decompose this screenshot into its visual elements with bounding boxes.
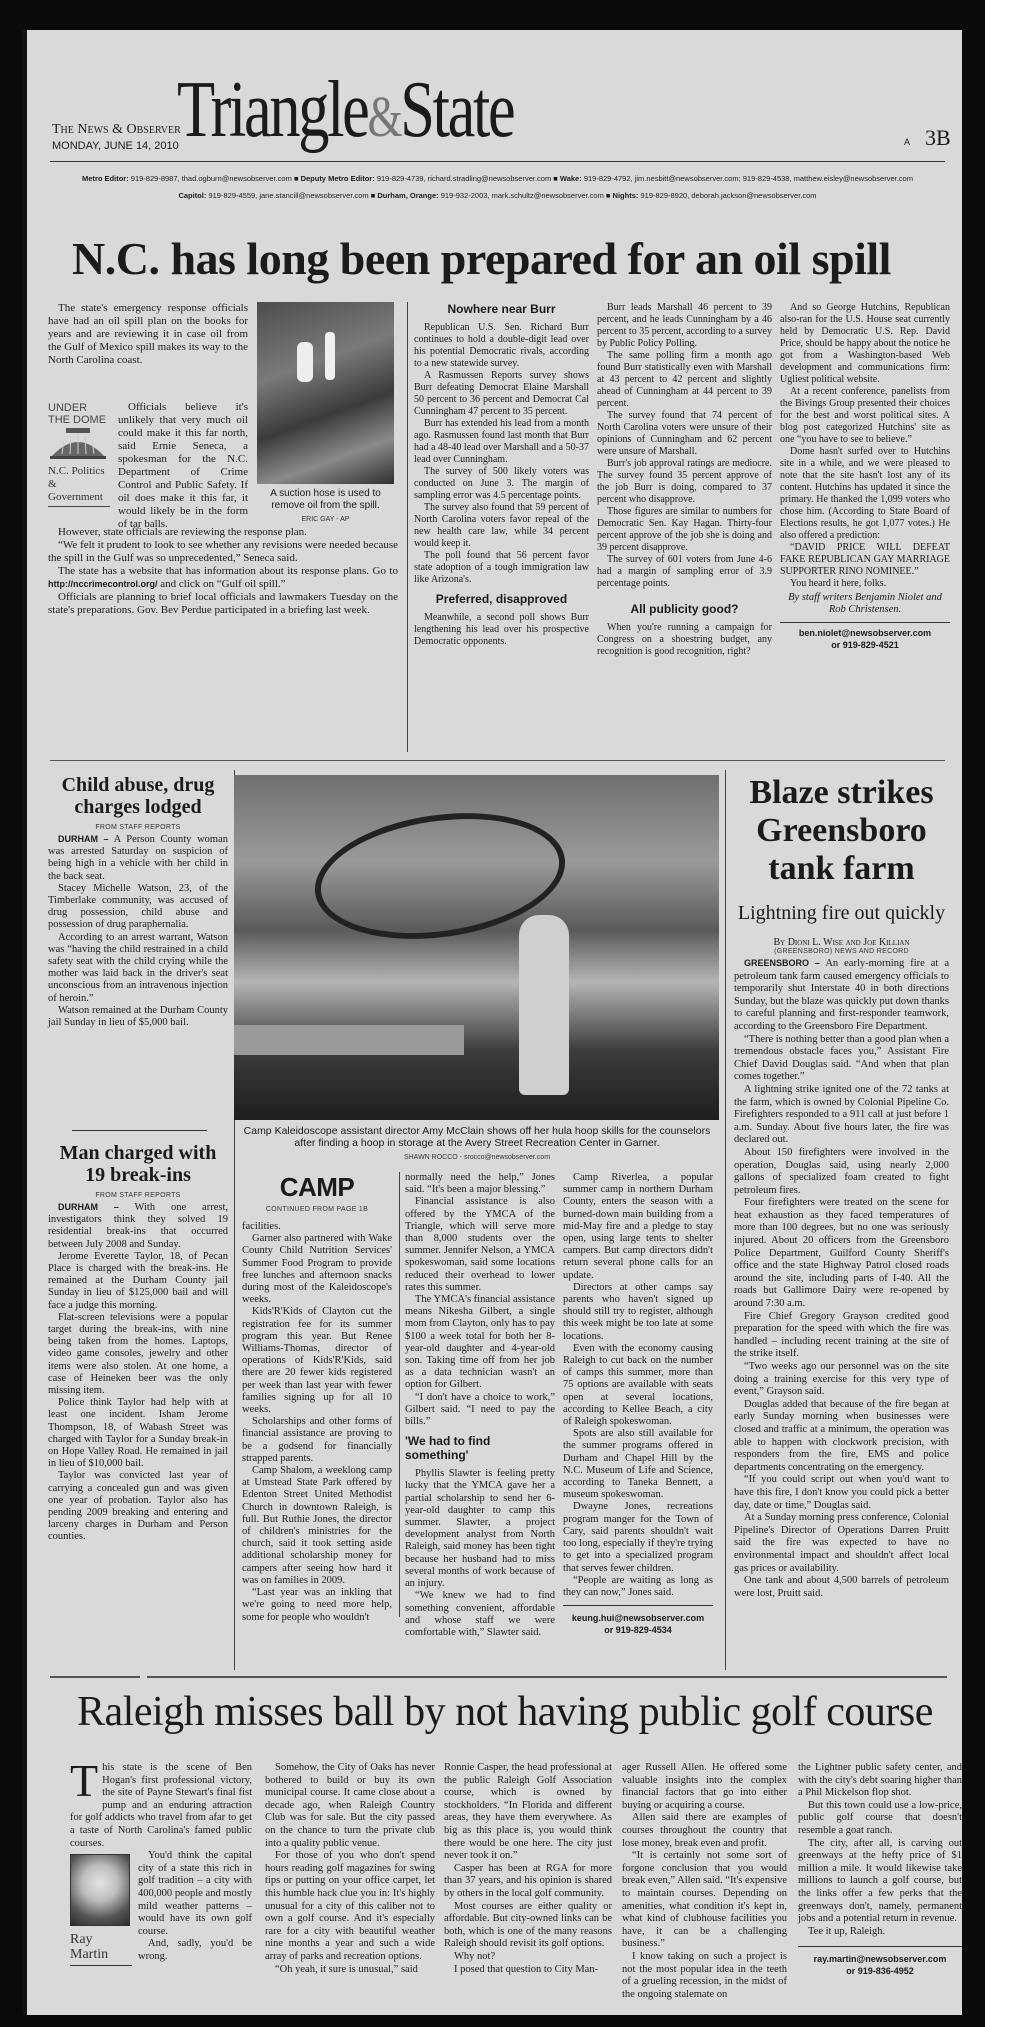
camp-phone: or 919-829-4534 bbox=[563, 1624, 713, 1636]
camp-photo-caption: Camp Kaleidoscope assistant director Amy… bbox=[242, 1125, 712, 1149]
dome-col-1: Nowhere near Burr Republican U.S. Sen. R… bbox=[414, 302, 589, 648]
blaze-byline-org: (GREENSBORO) NEWS AND RECORD bbox=[734, 948, 949, 955]
paragraph: Burr's job approval ratings are mediocre… bbox=[597, 458, 772, 506]
camp-hula-hoop-photo bbox=[234, 775, 719, 1120]
paragraph: Scholarships and other forms of financia… bbox=[242, 1416, 392, 1465]
contact-value: 919-829-8987, thad.ogburn@newsobserver.c… bbox=[131, 174, 292, 183]
paragraph: Flat-screen televisions were a popular t… bbox=[48, 1312, 228, 1397]
contact-label: Deputy Metro Editor: bbox=[301, 174, 375, 183]
jump-kicker: CONTINUED FROM PAGE 1B bbox=[242, 1206, 392, 1213]
logo-line: N.C. Politics bbox=[48, 465, 110, 478]
paragraph: Dome hasn't surfed over to Hutchins site… bbox=[780, 446, 950, 542]
logo-line: UNDER bbox=[48, 402, 110, 414]
paper-name: The News & Observer bbox=[52, 122, 181, 138]
contact-value: 919-829-8920, deborah.jackson@newsobserv… bbox=[640, 191, 816, 200]
paragraph: An early-morning fire at a petroleum tan… bbox=[734, 958, 949, 1032]
paragraph: The same polling firm a month ago found … bbox=[597, 350, 772, 410]
paragraph: Even with the economy causing Raleigh to… bbox=[563, 1343, 713, 1428]
paragraph: “DAVID PRICE WILL DEFEAT FAKE REPUBLICAN… bbox=[780, 542, 950, 578]
paragraph: Four firefighters were treated on the sc… bbox=[734, 1197, 949, 1310]
logo-line: THE DOME bbox=[48, 414, 110, 426]
paragraph: “Oh yeah, it sure is unusual,” said bbox=[265, 1964, 435, 1977]
paragraph: Officials are planning to brief local of… bbox=[48, 591, 398, 617]
blaze-byline: By Dioni L. Wise and Joe Killian bbox=[734, 937, 949, 948]
contact-value: 919-829-4559, jane.stancill@newsobserver… bbox=[208, 191, 368, 200]
paragraph: “There is nothing better than a good pla… bbox=[734, 1034, 949, 1084]
paragraph: “I don't have a choice to work,” Gilbert… bbox=[405, 1392, 555, 1429]
oil-spill-photo bbox=[257, 302, 394, 484]
paragraph: I posed that question to City Man- bbox=[444, 1964, 612, 1977]
section-title-left: Triangle bbox=[177, 66, 367, 154]
golf-col-1: This state is the scene of Ben Hogan's f… bbox=[70, 1762, 252, 1966]
paragraph: Meanwhile, a second poll shows Burr leng… bbox=[414, 612, 589, 648]
contacts-line-1: Metro Editor: 919-829-8987, thad.ogburn@… bbox=[50, 174, 945, 183]
paragraph: normally need the help,” Jones said. “It… bbox=[405, 1172, 555, 1196]
paragraph: facilities. bbox=[242, 1221, 392, 1233]
camp-col-3: Camp Riverlea, a popular summer camp in … bbox=[563, 1172, 713, 1636]
camp-col-1: CAMP CONTINUED FROM PAGE 1B facilities. … bbox=[242, 1172, 392, 1624]
issue-date: MONDAY, JUNE 14, 2010 bbox=[52, 140, 179, 152]
text: and click on “Gulf oil spill.” bbox=[158, 578, 286, 590]
camp-jump-head: CAMP bbox=[242, 1172, 392, 1203]
blaze-story: Blaze strikes Greensboro tank farm Light… bbox=[734, 774, 949, 1600]
kicker: FROM STAFF REPORTS bbox=[48, 1192, 228, 1199]
paragraph: The survey of 601 voters from June 4-6 h… bbox=[597, 554, 772, 590]
paragraph: Police think Taylor had help with at lea… bbox=[48, 1397, 228, 1470]
dome-col-2: Burr leads Marshall 46 percent to 39 per… bbox=[597, 302, 772, 658]
oil-photo-caption: A suction hose is used to remove oil fro… bbox=[257, 488, 394, 512]
paragraph: Taylor was convicted last year of carryi… bbox=[48, 1470, 228, 1543]
paragraph: Why not? bbox=[444, 1951, 612, 1964]
text: The state has a website that has informa… bbox=[58, 565, 398, 577]
paragraph: Most courses are either quality or affor… bbox=[444, 1901, 612, 1951]
contact-label: Metro Editor: bbox=[82, 174, 129, 183]
column-divider bbox=[725, 770, 726, 1670]
paragraph: Phyllis Slawter is feeling pretty lucky … bbox=[405, 1468, 555, 1590]
paragraph: Officials believe it's unlikely that ver… bbox=[118, 401, 248, 531]
section-title: Triangle&State bbox=[177, 70, 513, 150]
paragraph: Dwayne Jones, recreations program manger… bbox=[563, 1501, 713, 1574]
paragraph: Spots are also still available for the s… bbox=[563, 1428, 713, 1501]
paragraph: Financial assistance is also offered by … bbox=[405, 1196, 555, 1294]
blaze-deck: Lightning fire out quickly bbox=[734, 902, 949, 925]
paragraph: Ronnie Casper, the head professional at … bbox=[444, 1762, 612, 1863]
paragraph: “Last year was an inkling that we're goi… bbox=[242, 1587, 392, 1624]
paragraph: The survey of 500 likely voters was cond… bbox=[414, 466, 589, 502]
columnist-last-name: Martin bbox=[70, 1947, 132, 1966]
paragraph: Jerome Everette Taylor, 18, of Pecan Pla… bbox=[48, 1251, 228, 1312]
subhead: Nowhere near Burr bbox=[414, 302, 589, 316]
camp-email-link[interactable]: keung.hui@newsobserver.com bbox=[563, 1612, 713, 1624]
section-divider bbox=[50, 1676, 140, 1678]
paragraph: One tank and about 4,500 barrels of petr… bbox=[734, 1575, 949, 1600]
camp-photo-credit: SHAWN ROCCO - srocco@newsobserver.com bbox=[242, 1154, 712, 1161]
oil-photo-credit: ERIC GAY - AP bbox=[257, 516, 394, 523]
paragraph: A Rasmussen Reports survey shows Burr de… bbox=[414, 370, 589, 418]
golf-phone: or 919-836-4952 bbox=[798, 1965, 962, 1977]
paragraph: Stacey Michelle Watson, 23, of the Timbe… bbox=[48, 883, 228, 932]
paragraph: For those of you who don't spend hours r… bbox=[265, 1850, 435, 1963]
golf-col-5: the Lightner public safety center, and w… bbox=[798, 1762, 962, 1977]
paragraph: Camp Shalom, a weeklong camp at Umstead … bbox=[242, 1465, 392, 1587]
subhead: All publicity good? bbox=[597, 602, 772, 616]
under-the-dome-logo: UNDER THE DOME N.C. Politics & Governmen… bbox=[48, 402, 110, 507]
dome-col-3: And so George Hutchins, Republican also-… bbox=[780, 302, 950, 651]
logo-line: & Government bbox=[48, 478, 110, 507]
paragraph: And so George Hutchins, Republican also-… bbox=[780, 302, 950, 386]
subhead: Preferred, disapproved bbox=[414, 592, 589, 606]
dome-byline: By staff writers Benjamin Niolet and Rob… bbox=[780, 592, 950, 616]
child-abuse-story: Child abuse, drug charges lodged FROM ST… bbox=[48, 774, 228, 1029]
page-number: 3B bbox=[925, 125, 951, 151]
paragraph: However, state officials are reviewing t… bbox=[48, 526, 398, 539]
paragraph: “It is certainly not some sort of forgon… bbox=[622, 1850, 787, 1951]
edition-letter: A bbox=[904, 137, 910, 147]
golf-col-3: Ronnie Casper, the head professional at … bbox=[444, 1762, 612, 1976]
paragraph: At a Sunday morning press conference, Co… bbox=[734, 1512, 949, 1575]
paragraph: Burr leads Marshall 46 percent to 39 per… bbox=[597, 302, 772, 350]
golf-email-link[interactable]: ray.martin@newsobserver.com bbox=[798, 1953, 962, 1965]
paragraph: Fire Chief Gregory Grayson credited good… bbox=[734, 1311, 949, 1361]
contact-label: Nights: bbox=[613, 191, 639, 200]
paragraph: The state has a website that has informa… bbox=[48, 565, 398, 591]
paragraph: The YMCA's financial assistance means Ni… bbox=[405, 1294, 555, 1392]
paragraph: Garner also partnered with Wake County C… bbox=[242, 1233, 392, 1306]
paragraph: At a recent conference, panelists from t… bbox=[780, 386, 950, 446]
website-link[interactable]: http://nccrimecontrol.org/ bbox=[48, 579, 158, 589]
contact-value: 919-829-4792, jim.nesbitt@newsobserver.c… bbox=[584, 174, 913, 183]
dateline: DURHAM – bbox=[58, 834, 109, 844]
paragraph: ager Russell Allen. He offered some valu… bbox=[622, 1762, 787, 1812]
paragraph: Those figures are similar to numbers for… bbox=[597, 506, 772, 554]
dome-email-link[interactable]: ben.niolet@newsobserver.com bbox=[780, 627, 950, 639]
paragraph: Douglas added that because of the fire b… bbox=[734, 1399, 949, 1475]
paragraph: The poll found that 56 percent favor sta… bbox=[414, 550, 589, 586]
paragraph: The survey also found that 59 percent of… bbox=[414, 502, 589, 550]
columnist-mugshot: Ray Martin bbox=[70, 1854, 132, 1966]
paragraph: Burr has extended his lead from a month … bbox=[414, 418, 589, 466]
golf-col-4: ager Russell Allen. He offered some valu… bbox=[622, 1762, 787, 2001]
contact-value: 919-829-4739, richard.stradling@newsobse… bbox=[377, 174, 551, 183]
section-divider bbox=[50, 760, 945, 761]
paragraph: About 150 firefighters were involved in … bbox=[734, 1147, 949, 1197]
paragraph: the Lightner public safety center, and w… bbox=[798, 1762, 962, 1800]
paragraph: “Two weeks ago our personnel was on the … bbox=[734, 1361, 949, 1399]
break-ins-story: Man charged with 19 break-ins FROM STAFF… bbox=[48, 1142, 228, 1544]
section-title-amp: & bbox=[367, 84, 400, 149]
columnist-first-name: Ray bbox=[70, 1932, 132, 1947]
break-ins-headline: Man charged with 19 break-ins bbox=[48, 1142, 228, 1186]
paragraph: The city, after all, is carving out gree… bbox=[798, 1838, 962, 1926]
paragraph: Allen said there are examples of courses… bbox=[622, 1812, 787, 1850]
paragraph: Directors at other camps say parents who… bbox=[563, 1282, 713, 1343]
paragraph: I know taking on such a project is not t… bbox=[622, 1951, 787, 2001]
paragraph: “We knew we had to find something conven… bbox=[405, 1590, 555, 1639]
column-divider bbox=[407, 302, 408, 752]
paragraph: Casper has been at RGA for more than 37 … bbox=[444, 1863, 612, 1901]
paragraph: Camp Riverlea, a popular summer camp in … bbox=[563, 1172, 713, 1282]
story-divider bbox=[72, 1130, 207, 1131]
dateline: DURHAM – bbox=[58, 1202, 119, 1212]
section-title-right: State bbox=[400, 66, 513, 154]
paragraph: Somehow, the City of Oaks has never both… bbox=[265, 1762, 435, 1850]
left-border-bar bbox=[22, 30, 27, 2015]
kicker: FROM STAFF REPORTS bbox=[48, 824, 228, 831]
paragraph: Kids'R'Kids of Clayton cut the registrat… bbox=[242, 1306, 392, 1416]
oil-story-para2: Officials believe it's unlikely that ver… bbox=[118, 401, 248, 531]
paragraph: A lightning strike ignited one of the 72… bbox=[734, 1084, 949, 1147]
paragraph: But this town could use a low-price, pub… bbox=[798, 1800, 962, 1838]
dome-phone: or 919-829-4521 bbox=[780, 639, 950, 651]
paragraph: The survey found that 74 percent of Nort… bbox=[597, 410, 772, 458]
blaze-headline: Blaze strikes Greensboro tank farm bbox=[734, 774, 949, 888]
camp-col-2: normally need the help,” Jones said. “It… bbox=[405, 1172, 555, 1639]
paragraph: “If you could script out when you'd want… bbox=[734, 1474, 949, 1512]
oil-story-lead: The state's emergency response officials… bbox=[48, 302, 248, 367]
column-divider bbox=[399, 1172, 400, 1617]
contact-label: Capitol: bbox=[178, 191, 206, 200]
masthead-rule bbox=[50, 161, 945, 162]
oil-story-continued: However, state officials are reviewing t… bbox=[48, 526, 398, 617]
paragraph: Tee it up, Raleigh. bbox=[798, 1926, 962, 1939]
paragraph: “We felt it prudent to look to see wheth… bbox=[48, 539, 398, 565]
paragraph: When you're running a campaign for Congr… bbox=[597, 622, 772, 658]
oil-spill-headline: N.C. has long been prepared for an oil s… bbox=[72, 232, 891, 285]
paragraph: You heard it here, folks. bbox=[780, 578, 950, 590]
paragraph: According to an arrest warrant, Watson w… bbox=[48, 932, 228, 1005]
child-abuse-headline: Child abuse, drug charges lodged bbox=[48, 774, 228, 818]
dateline: GREENSBORO – bbox=[744, 958, 820, 968]
paragraph: The state's emergency response officials… bbox=[48, 302, 248, 367]
drop-cap: T bbox=[70, 1762, 98, 1800]
section-divider bbox=[147, 1676, 947, 1678]
contact-value: 919-932-2003, mark.schultz@newsobserver.… bbox=[441, 191, 604, 200]
paragraph: “People are waiting as long as they can … bbox=[563, 1575, 713, 1599]
columnist-photo bbox=[70, 1854, 130, 1926]
capitol-dome-icon bbox=[48, 426, 108, 460]
golf-col-2: Somehow, the City of Oaks has never both… bbox=[265, 1762, 435, 1976]
paragraph: Republican U.S. Sen. Richard Burr contin… bbox=[414, 322, 589, 370]
contacts-line-2: Capitol: 919-829-4559, jane.stancill@new… bbox=[50, 191, 945, 200]
contact-label: Durham, Orange: bbox=[377, 191, 438, 200]
contact-label: Wake: bbox=[560, 174, 582, 183]
golf-headline: Raleigh misses ball by not having public… bbox=[77, 1688, 933, 1736]
subhead: 'We had to find something' bbox=[405, 1434, 555, 1462]
newspaper-page: The News & Observer MONDAY, JUNE 14, 201… bbox=[22, 30, 962, 2015]
paragraph: Watson remained at the Durham County jai… bbox=[48, 1005, 228, 1029]
